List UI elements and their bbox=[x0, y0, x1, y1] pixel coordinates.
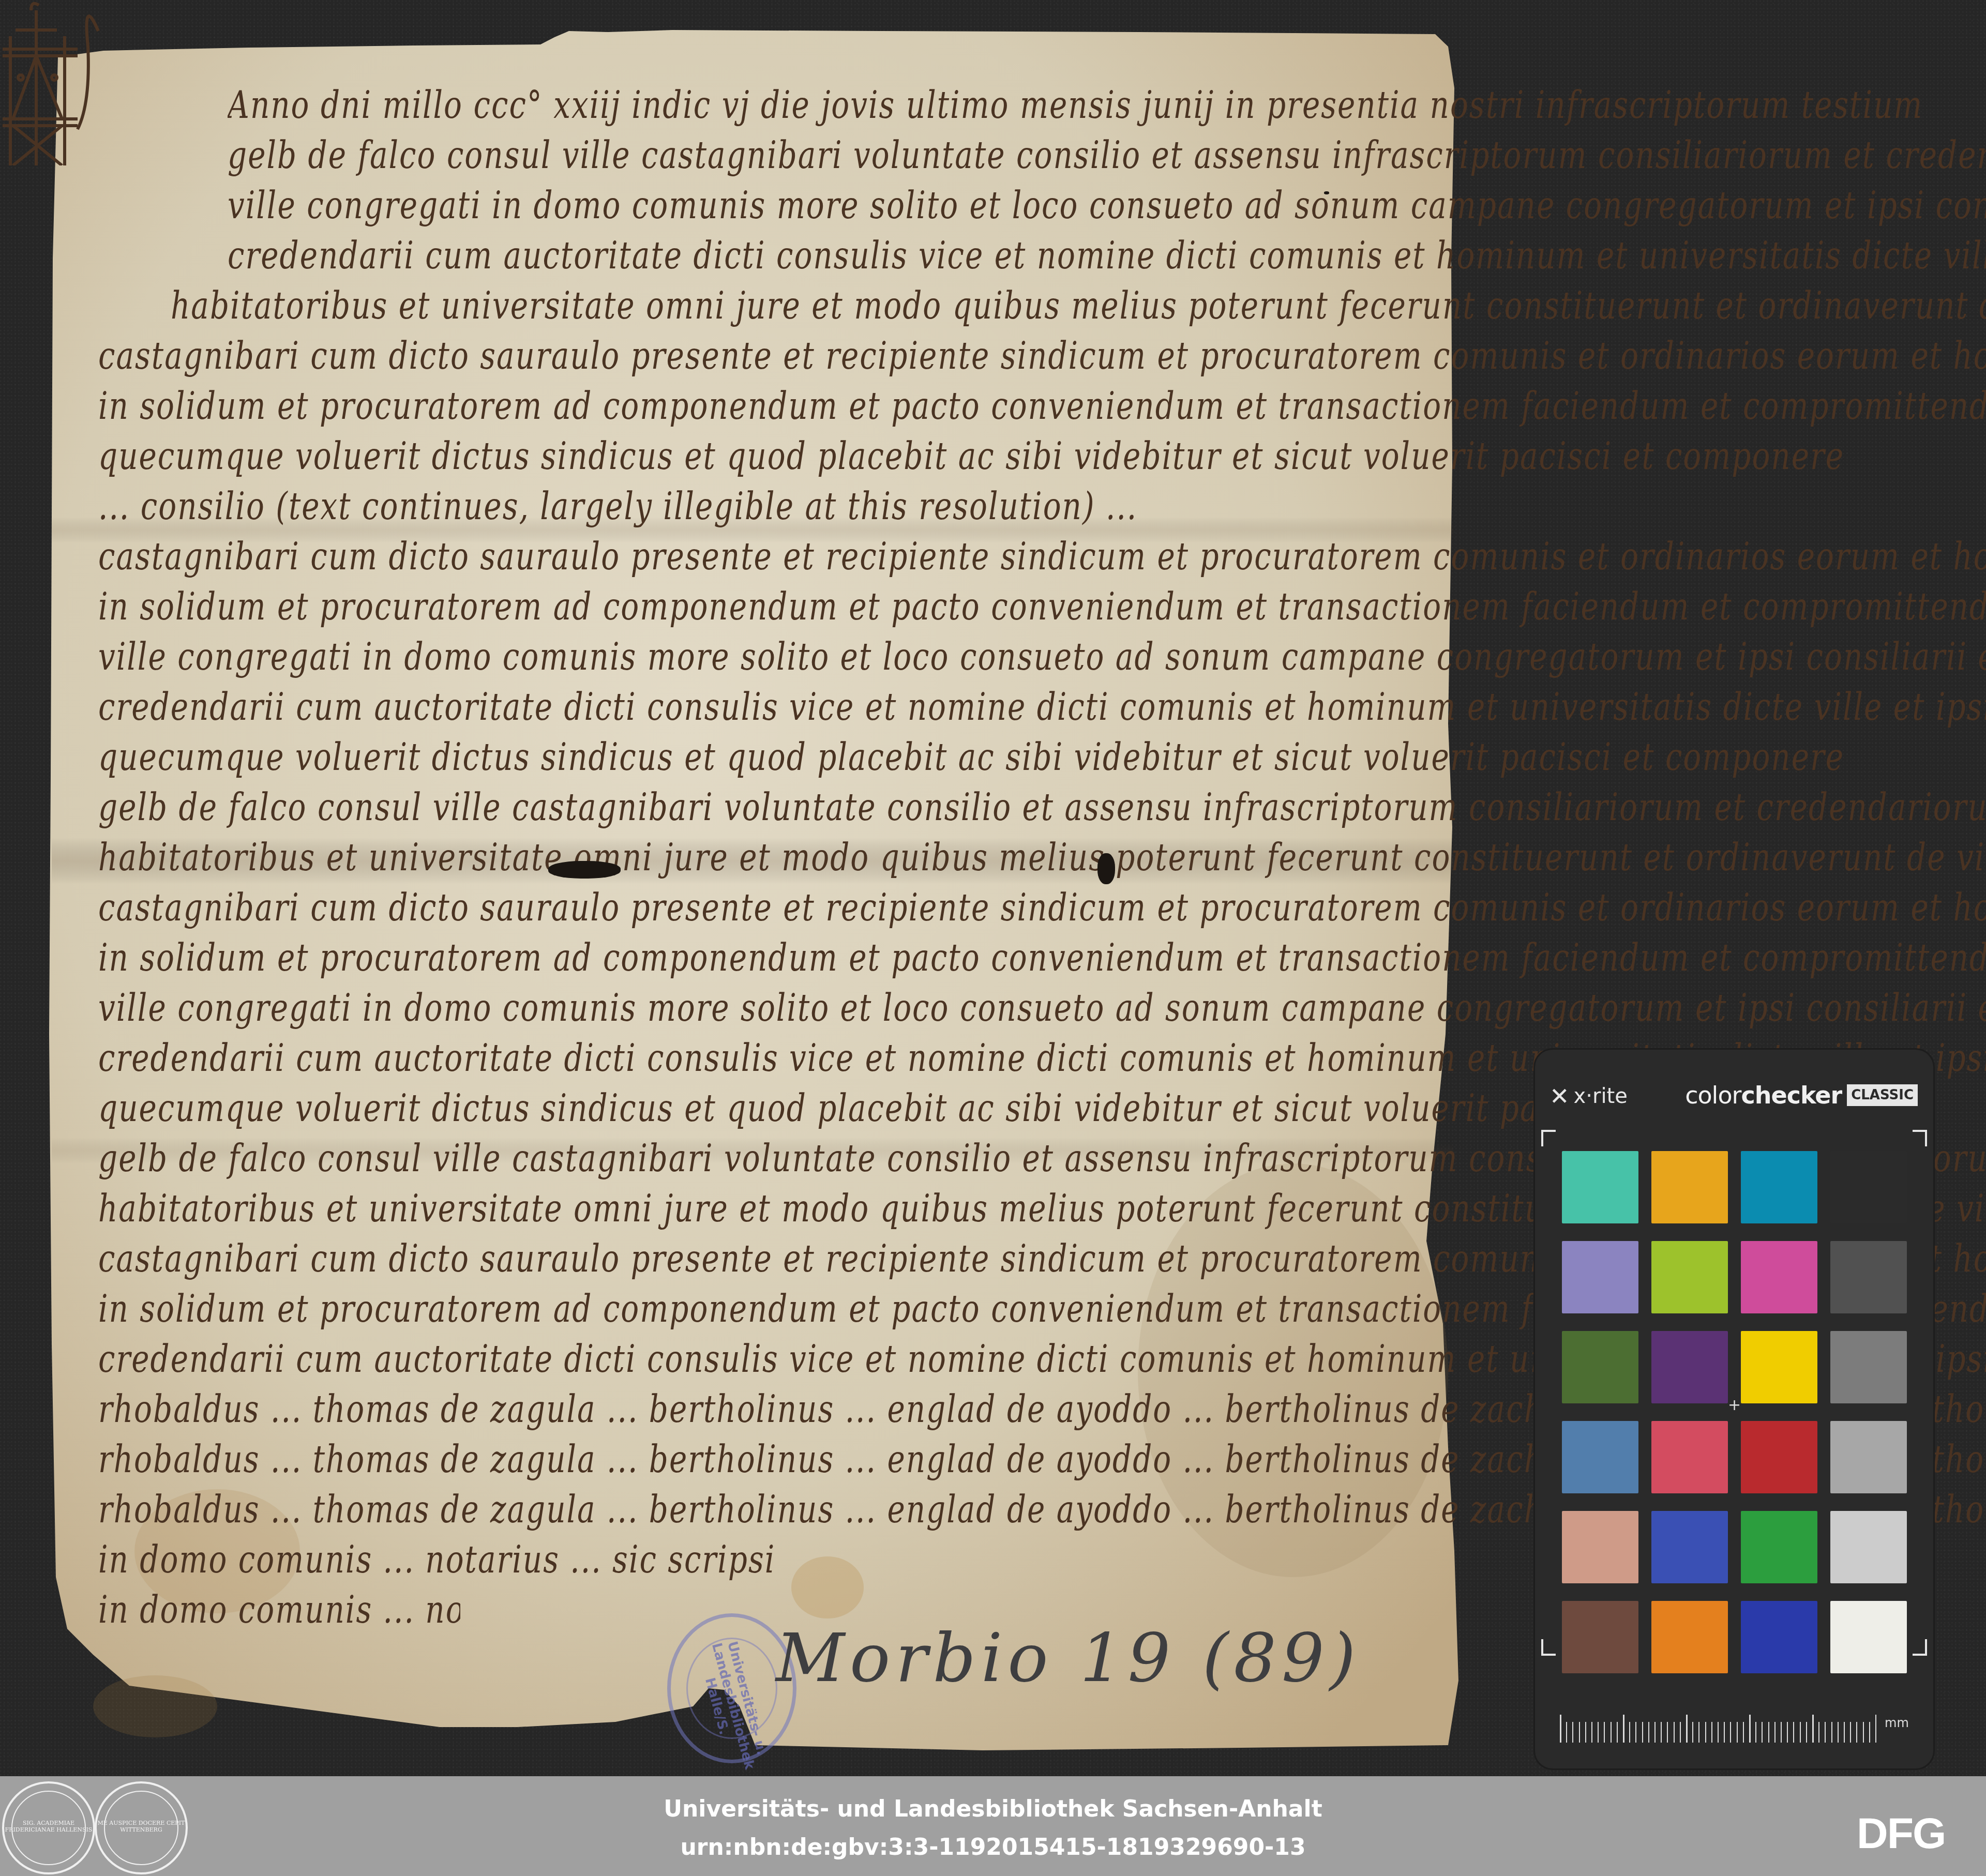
color-patch-yellow-green bbox=[1651, 1241, 1728, 1313]
color-patch-white bbox=[1830, 1601, 1907, 1673]
parchment-charter: Anno dni millo ccc° xxiij indic vj die j… bbox=[0, 0, 1500, 1776]
color-patch-orange bbox=[1651, 1601, 1728, 1673]
color-patch-blue-sky bbox=[1562, 1421, 1638, 1493]
text-line: ville congregati in domo comunis more so… bbox=[98, 634, 1986, 686]
text-line: quecumque voluerit dictus sindicus et qu… bbox=[98, 735, 1844, 786]
color-patch-green bbox=[1741, 1511, 1817, 1583]
color-patch-dark-skin bbox=[1562, 1601, 1638, 1673]
text-line: in solidum et procuratorem ad componendu… bbox=[98, 384, 1986, 435]
color-patch-bluish-green bbox=[1562, 1151, 1638, 1223]
library-footer: SIG. ACADEMIAE FRIDERICIANAE HALLENSIS M… bbox=[0, 1776, 1986, 1876]
parchment-hole bbox=[548, 861, 621, 879]
text-line: credendarii cum auctoritate dicti consul… bbox=[98, 685, 1986, 736]
text-line: gelb de falco consul ville castagnibari … bbox=[228, 133, 1986, 185]
text-line: habitatoribus et universitate omni jure … bbox=[171, 283, 1986, 335]
color-patch-blue bbox=[1651, 1511, 1728, 1583]
text-line: in solidum et procuratorem ad componendu… bbox=[98, 935, 1986, 987]
dfg-logo: DFG bbox=[1857, 1808, 1945, 1858]
registration-corner bbox=[1541, 1639, 1556, 1656]
color-patch-neutral-3.5 bbox=[1830, 1241, 1907, 1313]
color-patch-black bbox=[1830, 1151, 1907, 1223]
notarial-signum-icon bbox=[0, 0, 114, 165]
text-line: castagnibari cum dicto sauraulo presente… bbox=[98, 885, 1986, 937]
closing-line: in domo comunis ... notarius ... sic scr… bbox=[98, 1537, 775, 1589]
classic-badge: CLASSIC bbox=[1847, 1084, 1918, 1106]
xrite-x-icon: ✕ bbox=[1549, 1082, 1570, 1110]
color-patch-magenta bbox=[1741, 1241, 1817, 1313]
closing-line: in domo comunis ... notarius ... sic scr… bbox=[98, 1587, 460, 1639]
text-line: quecumque voluerit dictus sindicus et qu… bbox=[98, 434, 1844, 486]
colorchecker-brand: colorchecker CLASSIC bbox=[1685, 1081, 1918, 1109]
color-checker-card: ✕ x·rite colorchecker CLASSIC + mm bbox=[1535, 1050, 1933, 1768]
text-line: ville congregati in domo comunis more so… bbox=[98, 986, 1986, 1037]
color-patch-red bbox=[1741, 1421, 1817, 1493]
urn-identifier: urn:nbn:de:gbv:3:3-1192015415-1819329690… bbox=[0, 1834, 1986, 1860]
color-patch-cyan bbox=[1741, 1151, 1817, 1223]
parchment-hole bbox=[1097, 853, 1115, 884]
text-line: Anno dni millo ccc° xxiij indic vj die j… bbox=[228, 83, 1923, 134]
text-line: ... consilio (text continues, largely il… bbox=[98, 484, 1137, 536]
text-line: in solidum et procuratorem ad componendu… bbox=[98, 584, 1986, 636]
color-patch-orange-yellow bbox=[1651, 1151, 1728, 1223]
color-patch-blue-flower bbox=[1562, 1241, 1638, 1313]
text-line: habitatoribus et universitate omni jure … bbox=[98, 835, 1986, 887]
color-patch-blue-primary bbox=[1741, 1601, 1817, 1673]
color-patch-purple bbox=[1651, 1331, 1728, 1403]
ruler-unit: mm bbox=[1885, 1716, 1909, 1730]
color-patch-yellow bbox=[1741, 1331, 1817, 1403]
text-line: castagnibari cum dicto sauraulo presente… bbox=[98, 334, 1986, 385]
text-line: gelb de falco consul ville castagnibari … bbox=[98, 785, 1986, 837]
crosshair-icon: + bbox=[1728, 1396, 1741, 1414]
color-patch-neutral-8 bbox=[1830, 1511, 1907, 1583]
color-patch-moderate-red bbox=[1651, 1421, 1728, 1493]
text-line: castagnibari cum dicto sauraulo presente… bbox=[98, 534, 1986, 586]
institution-name: Universitäts- und Landesbibliothek Sachs… bbox=[0, 1796, 1986, 1822]
shelfmark: Morbio 19 (89) bbox=[776, 1618, 1361, 1697]
university-seal-wittenberg-icon: ME AUSPICE DOCERE CEPIT WITTENBERG bbox=[95, 1781, 188, 1874]
registration-corner bbox=[1541, 1130, 1556, 1146]
university-seal-halle-icon: SIG. ACADEMIAE FRIDERICIANAE HALLENSIS bbox=[2, 1781, 95, 1874]
color-patch-neutral-6.5 bbox=[1830, 1421, 1907, 1493]
registration-corner bbox=[1913, 1130, 1927, 1146]
xrite-logo: ✕ x·rite bbox=[1549, 1082, 1628, 1110]
mm-ruler-major-ticks bbox=[1560, 1715, 1876, 1743]
text-line: credendarii cum auctoritate dicti consul… bbox=[228, 233, 1986, 285]
registration-corner bbox=[1913, 1639, 1927, 1656]
parchment-hole bbox=[1324, 191, 1329, 194]
color-patch-foliage bbox=[1562, 1331, 1638, 1403]
color-patch-neutral-5 bbox=[1830, 1331, 1907, 1403]
color-patch-light-skin bbox=[1562, 1511, 1638, 1583]
text-line: ville congregati in domo comunis more so… bbox=[228, 183, 1986, 235]
